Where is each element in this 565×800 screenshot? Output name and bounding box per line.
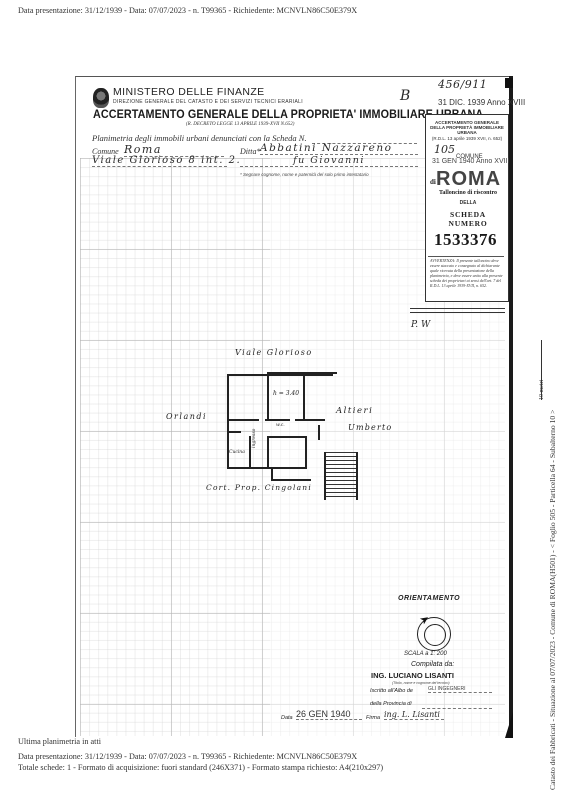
footnote-intestatario: * Segnare cognome, nome e paternità del … bbox=[240, 172, 369, 177]
plan-wall-door bbox=[318, 425, 320, 440]
dimension-line bbox=[410, 308, 505, 309]
neighbor-right-label-1: Altieri bbox=[336, 406, 373, 416]
provincia-label: della Provincia di bbox=[370, 701, 412, 707]
stub-city: ROMA bbox=[436, 168, 501, 191]
signature-label: Firma bbox=[366, 715, 380, 721]
protocol-number: 456/911 bbox=[438, 78, 487, 91]
stub-di-label: di bbox=[430, 178, 436, 186]
document-header-line: Data presentazione: 31/12/1939 - Data: 0… bbox=[18, 6, 357, 15]
courtyard-label: Cort. Prop. Cingolani bbox=[206, 483, 312, 492]
direzione-subtitle: DIREZIONE GENERALE DEL CATASTO E DEI SER… bbox=[113, 99, 303, 105]
ditta-value: Abbatini Nazzareno bbox=[260, 142, 418, 155]
ultima-planimetria-label: Ultima planimetria in atti bbox=[18, 737, 101, 746]
plan-wall-top bbox=[227, 374, 333, 376]
plan-wall-bottom bbox=[271, 467, 273, 479]
decreto-reference: (R. DECRETO LEGGE 13 APRILE 1939-XVII N.… bbox=[186, 122, 294, 127]
neighbor-left-label: Orlandi bbox=[166, 412, 207, 421]
stub-comune-label: COMUNE bbox=[456, 154, 483, 160]
date-label: Data bbox=[281, 715, 293, 721]
stub-handwritten: 105 bbox=[434, 143, 455, 156]
receipt-stamp-date: 31 DIC. 1939 Anno XVIII bbox=[438, 98, 525, 107]
plan-wall-right bbox=[303, 376, 305, 419]
stub-della: DELLA bbox=[430, 200, 506, 206]
cadastral-reference: Catasto dei Fabbricati - Situazione al 0… bbox=[548, 410, 557, 790]
stub-header: ACCERTAMENTO GENERALE DELLA PROPRIETÀ IM… bbox=[429, 120, 505, 135]
stub-rdl: (R.D.L. 13 aprile 1939 XVII, n. 652) bbox=[429, 136, 505, 141]
plan-wall-ingresso bbox=[267, 436, 269, 468]
compass-inner-ring bbox=[424, 624, 446, 646]
dimension-line bbox=[410, 312, 505, 313]
plan-wall-room bbox=[267, 436, 307, 438]
plan-wall-top bbox=[267, 372, 337, 374]
plan-wall-room bbox=[305, 436, 307, 468]
footer-line-2: Totale schede: 1 - Formato di acquisizio… bbox=[18, 763, 383, 772]
compiled-by-label: Compilata da: bbox=[411, 661, 454, 668]
scale-bar-label: 10 metri bbox=[539, 380, 545, 400]
orientation-label: ORIENTAMENTO bbox=[398, 595, 460, 602]
paternita-value: fu Giovanni bbox=[240, 155, 418, 167]
stub-scheda-label: SCHEDA NUMERO bbox=[430, 210, 506, 228]
date-value: 26 GEN 1940 bbox=[296, 709, 362, 720]
compiler-name-note: (Titolo, nome e cognome del tecnico) bbox=[392, 681, 450, 685]
footer-line-1: Data presentazione: 31/12/1939 - Data: 0… bbox=[18, 752, 357, 761]
staircase bbox=[324, 452, 358, 500]
albo-value: GLI INGEGNERI bbox=[428, 686, 492, 693]
scale-label: SCALA a 1: 200 bbox=[404, 651, 447, 657]
stub-avvertenza: AVVERTENZA: Il presente talloncino deve … bbox=[430, 258, 504, 288]
sheet-corner bbox=[505, 712, 513, 738]
signature-value: ing. L. Lisanti bbox=[384, 710, 444, 720]
plan-wall-wc bbox=[227, 431, 241, 433]
coat-of-arms-icon bbox=[93, 88, 109, 108]
room-height-label: h = 3.40 bbox=[273, 390, 299, 397]
albo-label: Iscritto all'Albo de bbox=[370, 688, 413, 694]
street-label: Viale Glorioso bbox=[235, 348, 313, 357]
room-cucina-label: Cucina bbox=[229, 450, 245, 455]
plan-wall-mid bbox=[295, 419, 325, 421]
scheda-number: 1533376 bbox=[434, 230, 497, 250]
plan-wall-mid bbox=[265, 419, 290, 421]
stub-talloncino: Talloncino di riscontro bbox=[430, 190, 506, 196]
plan-wall-mid bbox=[227, 419, 259, 421]
plan-wall-bottom bbox=[271, 479, 311, 481]
floor-label: P. W bbox=[411, 320, 430, 330]
provincia-line bbox=[422, 708, 492, 709]
neighbor-right-label-2: Umberto bbox=[348, 423, 392, 432]
room-ingresso-label: ingresso bbox=[252, 429, 257, 448]
stub-divider bbox=[428, 256, 504, 257]
room-wc-label: w.c. bbox=[276, 423, 285, 428]
sheet-right-edge bbox=[509, 76, 513, 736]
plan-wall-ingresso bbox=[249, 436, 251, 468]
plan-wall-bottom bbox=[227, 467, 307, 469]
address-value: Viale Glorioso 8 int. 2. bbox=[92, 155, 227, 167]
plan-wall-divider bbox=[267, 376, 269, 419]
compiler-name: ING. LUCIANO LISANTI bbox=[371, 671, 454, 680]
sheet-corner-top bbox=[505, 78, 513, 88]
annotation-letter: B bbox=[400, 88, 412, 104]
ministry-title: MINISTERO DELLE FINANZE bbox=[113, 86, 265, 98]
